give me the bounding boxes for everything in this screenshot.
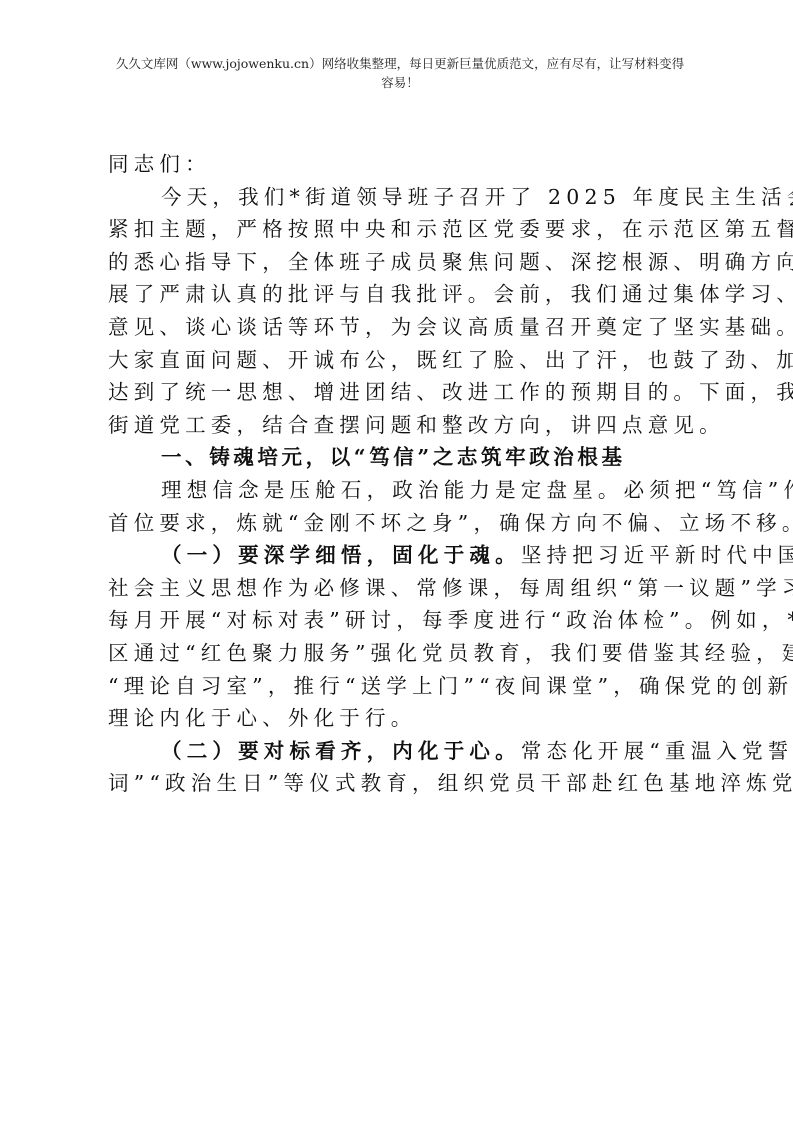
- subsection-heading: （二）要对标看齐，内化于心。: [161, 739, 521, 763]
- document-body: 同志们： 今天，我们*街道领导班子召开了 2025 年度民主生活会。会议 紧扣主…: [108, 148, 694, 800]
- paragraph-line: 展了严肃认真的批评与自我批评。会前，我们通过集体学习、征求: [108, 278, 694, 311]
- paragraph-line: 每月开展“对标对表”研讨，每季度进行“政治体检”。例如，**: [108, 604, 694, 637]
- paragraph-line: 大家直面问题、开诚布公，既红了脸、出了汗，也鼓了劲、加了油，: [108, 344, 694, 377]
- paragraph-line: 今天，我们*街道领导班子召开了 2025 年度民主生活会。会议: [108, 181, 694, 214]
- subsection-heading: （一）要深学细悟，固化于魂。: [161, 543, 521, 567]
- paragraph-line: “理论自习室”，推行“送学上门”“夜间课堂”，确保党的创新: [108, 670, 694, 703]
- paragraph-line: 紧扣主题，严格按照中央和示范区党委要求，在示范区第五督导组: [108, 213, 694, 246]
- section-heading: 一、铸魂培元，以“笃信”之志筑牢政治根基: [108, 441, 694, 474]
- paragraph-line: 达到了统一思想、增进团结、改进工作的预期目的。下面，我代表: [108, 376, 694, 409]
- paragraph-line: 首位要求，炼就“金刚不坏之身”，确保方向不偏、立场不移。: [108, 507, 694, 540]
- salutation: 同志们：: [108, 148, 694, 181]
- subsection-2-first-line: （二）要对标看齐，内化于心。常态化开展“重温入党誓: [108, 735, 694, 768]
- paragraph-line: 的悉心指导下，全体班子成员聚焦问题、深挖根源、明确方向，开: [108, 246, 694, 279]
- subsection-1-first-line: （一）要深学细悟，固化于魂。坚持把习近平新时代中国特色: [108, 539, 694, 572]
- paragraph-line: 社会主义思想作为必修课、常修课，每周组织“第一议题”学习，: [108, 572, 694, 605]
- header-line-1: 久久文库网（www.jojowenku.cn）网络收集整理，每日更新巨量优质范文…: [100, 54, 700, 73]
- subsection-text: 坚持把习近平新时代中国特色: [521, 543, 793, 567]
- paragraph-line: 词”“政治生日”等仪式教育，组织党员干部赴红色基地淬炼党性。: [108, 767, 694, 800]
- paragraph-line: 理论内化于心、外化于行。: [108, 702, 694, 735]
- paragraph-line: 理想信念是压舱石，政治能力是定盘星。必须把“笃信”作为: [108, 474, 694, 507]
- paragraph-line: 街道党工委，结合查摆问题和整改方向，讲四点意见。: [108, 409, 694, 442]
- page-header: 久久文库网（www.jojowenku.cn）网络收集整理，每日更新巨量优质范文…: [100, 54, 700, 92]
- header-line-2: 容易！: [100, 73, 700, 92]
- paragraph-line: 意见、谈心谈话等环节，为会议高质量召开奠定了坚实基础。会上，: [108, 311, 694, 344]
- paragraph-line: 区通过“红色聚力服务”强化党员教育，我们要借鉴其经验，建立: [108, 637, 694, 670]
- subsection-text: 常态化开展“重温入党誓: [521, 739, 793, 763]
